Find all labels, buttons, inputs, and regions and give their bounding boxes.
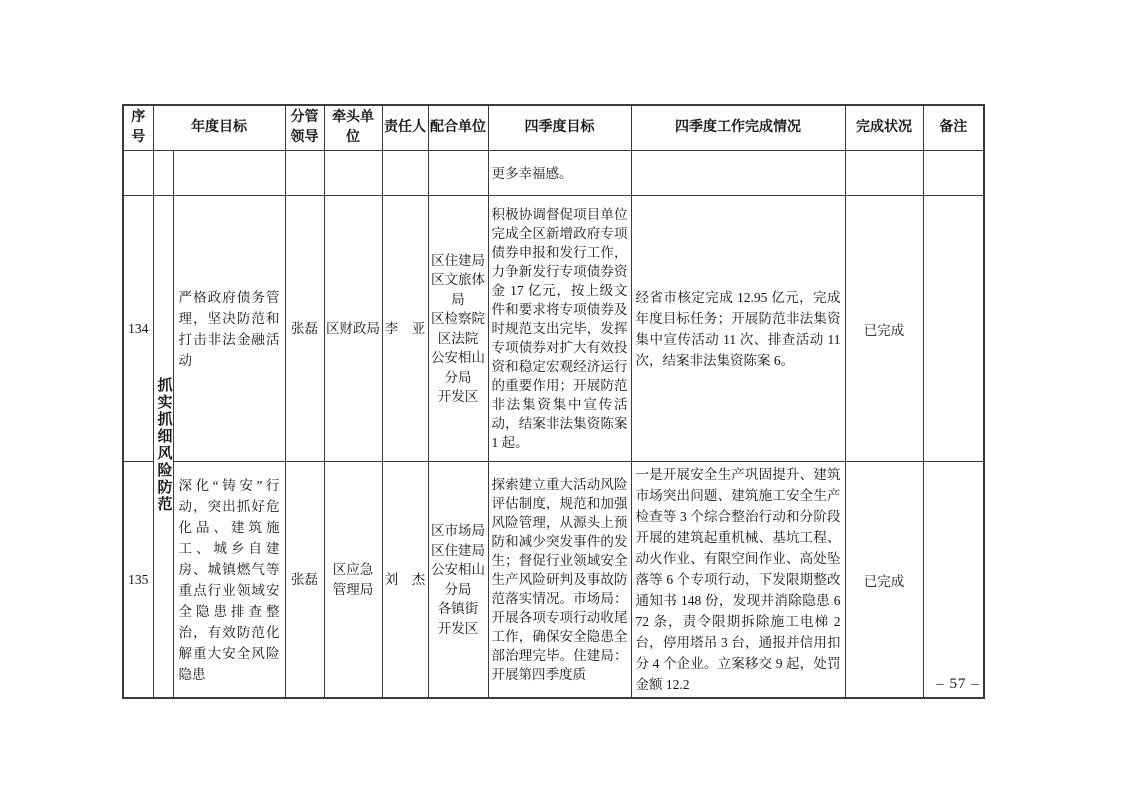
- header-leader: 分管领导: [285, 105, 324, 151]
- category-cell: 抓实抓细风险防范: [153, 196, 173, 699]
- lead-unit-cell: 区应急 管理局: [324, 462, 382, 699]
- q4-completion-cell: 一是开展安全生产巩固提升、建筑市场突出问题、建筑施工安全生产检查等 3 个综合整…: [631, 462, 845, 699]
- q4-goal-cell: 积极协调督促项目单位完成全区新增政府专项债券申报和发行工作，力争新发行专项债券资…: [488, 196, 631, 462]
- q4-completion-cell: [631, 151, 845, 196]
- leader-cell: 张磊: [285, 462, 324, 699]
- annual-goal-cell: 严格政府债务管理，坚决防范和打击非法金融活动: [173, 196, 285, 462]
- cooperating-units-cell: 区住建局 区文旅体局 区检察院 区法院 公安相山 分局 开发区: [428, 196, 488, 462]
- remark-cell: [923, 462, 984, 699]
- responsible-cell: 李 亚: [382, 196, 428, 462]
- header-annual-goal: 年度目标: [153, 105, 285, 151]
- header-q4-goal: 四季度目标: [488, 105, 631, 151]
- header-status: 完成状况: [845, 105, 923, 151]
- table-row-135: 135 深化“铸安”行动，突出抓好危化品、建筑施工、城乡自建房、城镇燃气等重点行…: [123, 462, 984, 699]
- table-row-134: 134 抓实抓细风险防范 严格政府债务管理，坚决防范和打击非法金融活动 张磊 区…: [123, 196, 984, 462]
- header-row: 序号 年度目标 分管领导 牵头单位 责任人 配合单位 四季度目标 四季度工作完成…: [123, 105, 984, 151]
- cooperating-units-cell: 区市场局 区住建局 公安相山 分局 各镇街 开发区: [428, 462, 488, 699]
- header-cooperating-unit: 配合单位: [428, 105, 488, 151]
- header-q4-completion: 四季度工作完成情况: [631, 105, 845, 151]
- q4-goal-cell: 更多幸福感。: [488, 151, 631, 196]
- row-index-cell: [123, 151, 153, 196]
- remark-cell: [923, 196, 984, 462]
- header-remark: 备注: [923, 105, 984, 151]
- page-number: – 57 –: [928, 676, 988, 693]
- category-label: 抓实抓细风险防范: [154, 377, 174, 513]
- status-cell: 已完成: [845, 462, 923, 699]
- leader-cell: 张磊: [285, 196, 324, 462]
- header-responsible: 责任人: [382, 105, 428, 151]
- annual-goal-cell: 深化“铸安”行动，突出抓好危化品、建筑施工、城乡自建房、城镇燃气等重点行业领域安…: [173, 462, 285, 699]
- q4-goal-cell: 探索建立重大活动风险评估制度，规范和加强风险管理，从源头上预防和减少突发事件的发…: [488, 462, 631, 699]
- continuation-row: 更多幸福感。: [123, 151, 984, 196]
- quarterly-report-table: 序号 年度目标 分管领导 牵头单位 责任人 配合单位 四季度目标 四季度工作完成…: [122, 104, 985, 699]
- annual-goal-cell: [173, 151, 285, 196]
- header-index: 序号: [123, 105, 153, 151]
- category-cell: [153, 151, 173, 196]
- header-lead-unit: 牵头单位: [324, 105, 382, 151]
- status-cell: [845, 151, 923, 196]
- responsible-cell: [382, 151, 428, 196]
- remark-cell: [923, 151, 984, 196]
- cooperating-units-cell: [428, 151, 488, 196]
- lead-unit-cell: 区财政局: [324, 196, 382, 462]
- responsible-cell: 刘 杰: [382, 462, 428, 699]
- leader-cell: [285, 151, 324, 196]
- document-page: 序号 年度目标 分管领导 牵头单位 责任人 配合单位 四季度目标 四季度工作完成…: [0, 0, 1122, 793]
- status-cell: 已完成: [845, 196, 923, 462]
- row-index-cell: 134: [123, 196, 153, 462]
- row-index-cell: 135: [123, 462, 153, 699]
- lead-unit-cell: [324, 151, 382, 196]
- q4-completion-cell: 经省市核定完成 12.95 亿元，完成年度目标任务；开展防范非法集资集中宣传活动…: [631, 196, 845, 462]
